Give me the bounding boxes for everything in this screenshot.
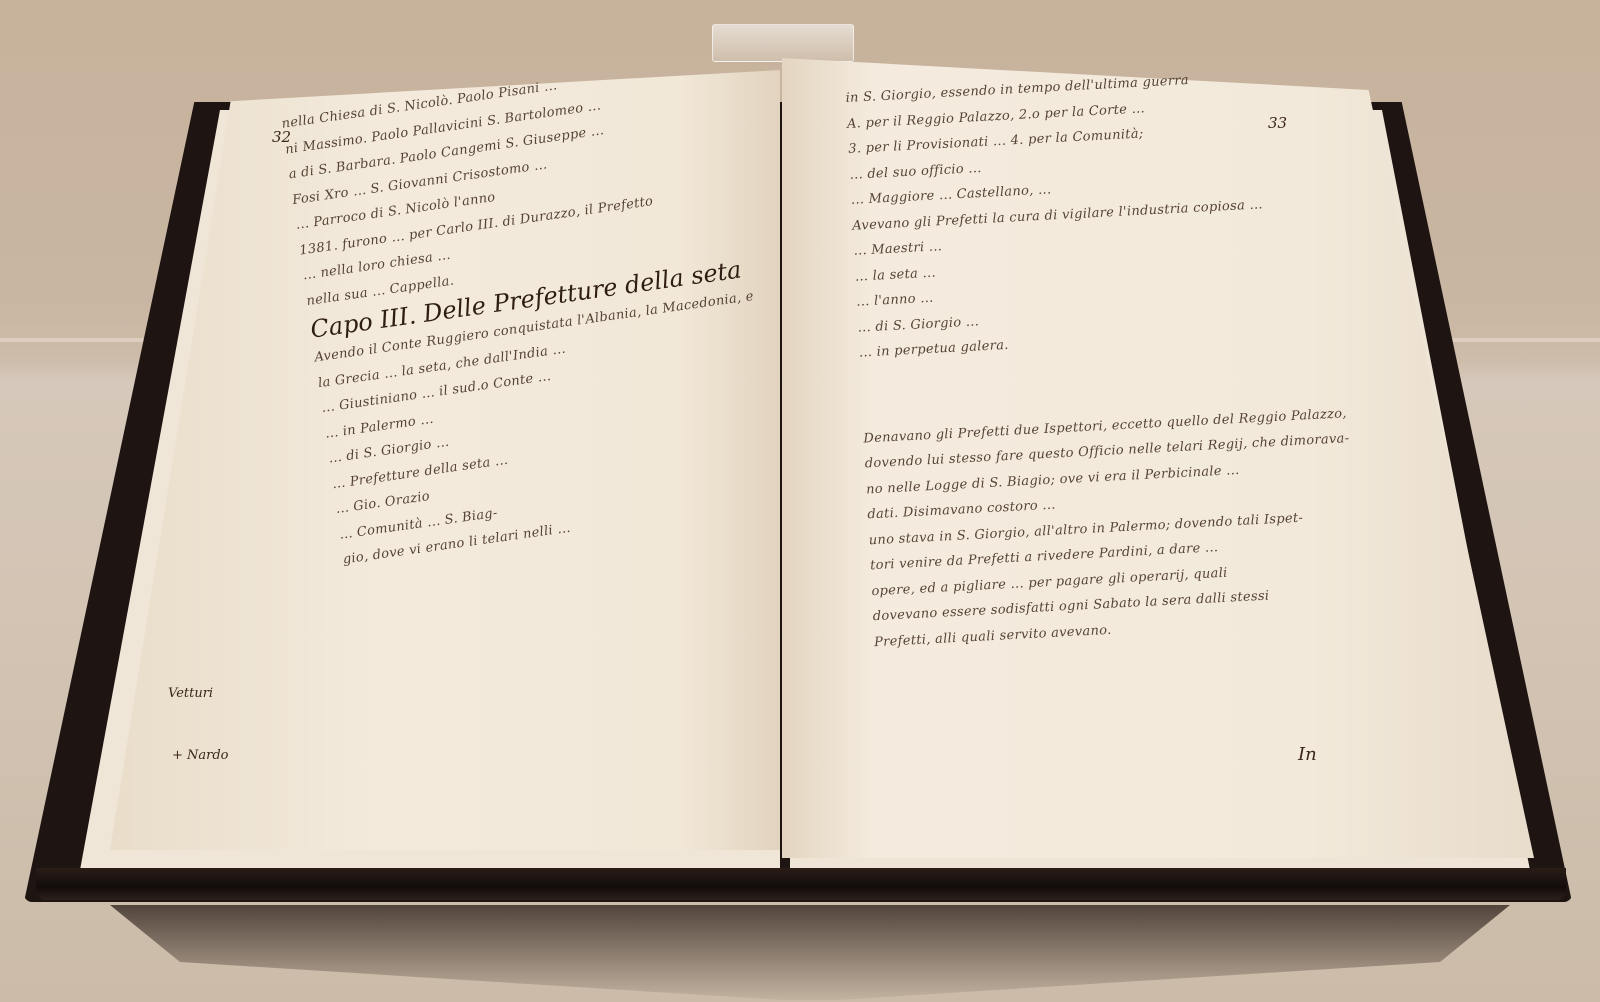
margin-note: Vetturi [168, 686, 213, 701]
margin-note: + Nardo [172, 748, 229, 763]
book-spine-edge [36, 868, 1566, 900]
catchword: In [1298, 744, 1317, 765]
display-reflection [110, 905, 1510, 1000]
acrylic-book-stand [712, 24, 854, 62]
right-page-text: in S. Giorgio, essendo in tempo dell'ult… [845, 61, 1344, 655]
left-page-text: nella Chiesa di S. Nicolò. Paolo Pisani … [280, 51, 781, 573]
